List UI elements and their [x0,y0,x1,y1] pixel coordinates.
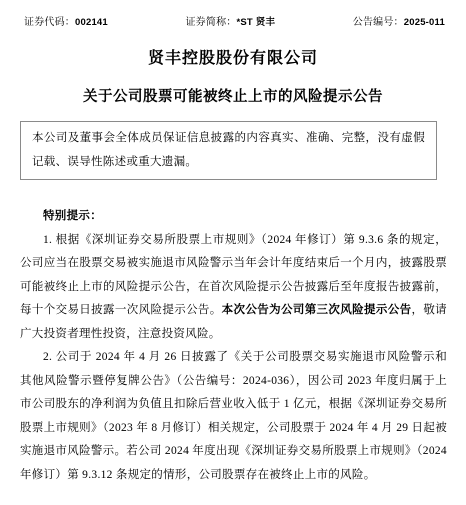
stock-code-label: 证券代码： [24,17,75,28]
paragraph-1: 1. 根据《深圳证券交易所股票上市规则》（2024 年修订）第 9.3.6 条的… [20,229,447,347]
announcement-number-value: 2025-011 [404,17,445,28]
document-header: 证券代码：002141 证券简称：*ST 贤丰 公告编号：2025-011 [0,0,466,28]
special-notice-heading: 特别提示： [20,205,447,229]
announcement-body: 特别提示： 1. 根据《深圳证券交易所股票上市规则》（2024 年修订）第 9.… [20,205,447,487]
disclaimer-box: 本公司及董事会全体成员保证信息披露的内容真实、准确、完整，没有虚假记载、误导性陈… [20,121,437,180]
stock-name: 证券简称：*ST 贤丰 [185,13,275,28]
announcement-document: 证券代码：002141 证券简称：*ST 贤丰 公告编号：2025-011 贤丰… [0,0,466,505]
company-name-title: 贤丰控股股份有限公司 [0,45,466,68]
paragraph-2: 2. 公司于 2024 年 4 月 26 日披露了《关于公司股票交易实施退市风险… [20,346,447,487]
announcement-number: 公告编号：2025-011 [353,13,445,28]
stock-name-value: *ST 贤丰 [236,17,275,28]
stock-code-value: 002141 [75,17,108,28]
stock-name-label: 证券简称： [185,17,236,28]
announcement-title: 关于公司股票可能被终止上市的风险提示公告 [0,85,466,106]
stock-code: 证券代码：002141 [24,13,108,28]
announcement-number-label: 公告编号： [353,17,404,28]
paragraph-1-bold-emphasis: 本次公告为公司第三次风险提示公告 [222,304,412,316]
